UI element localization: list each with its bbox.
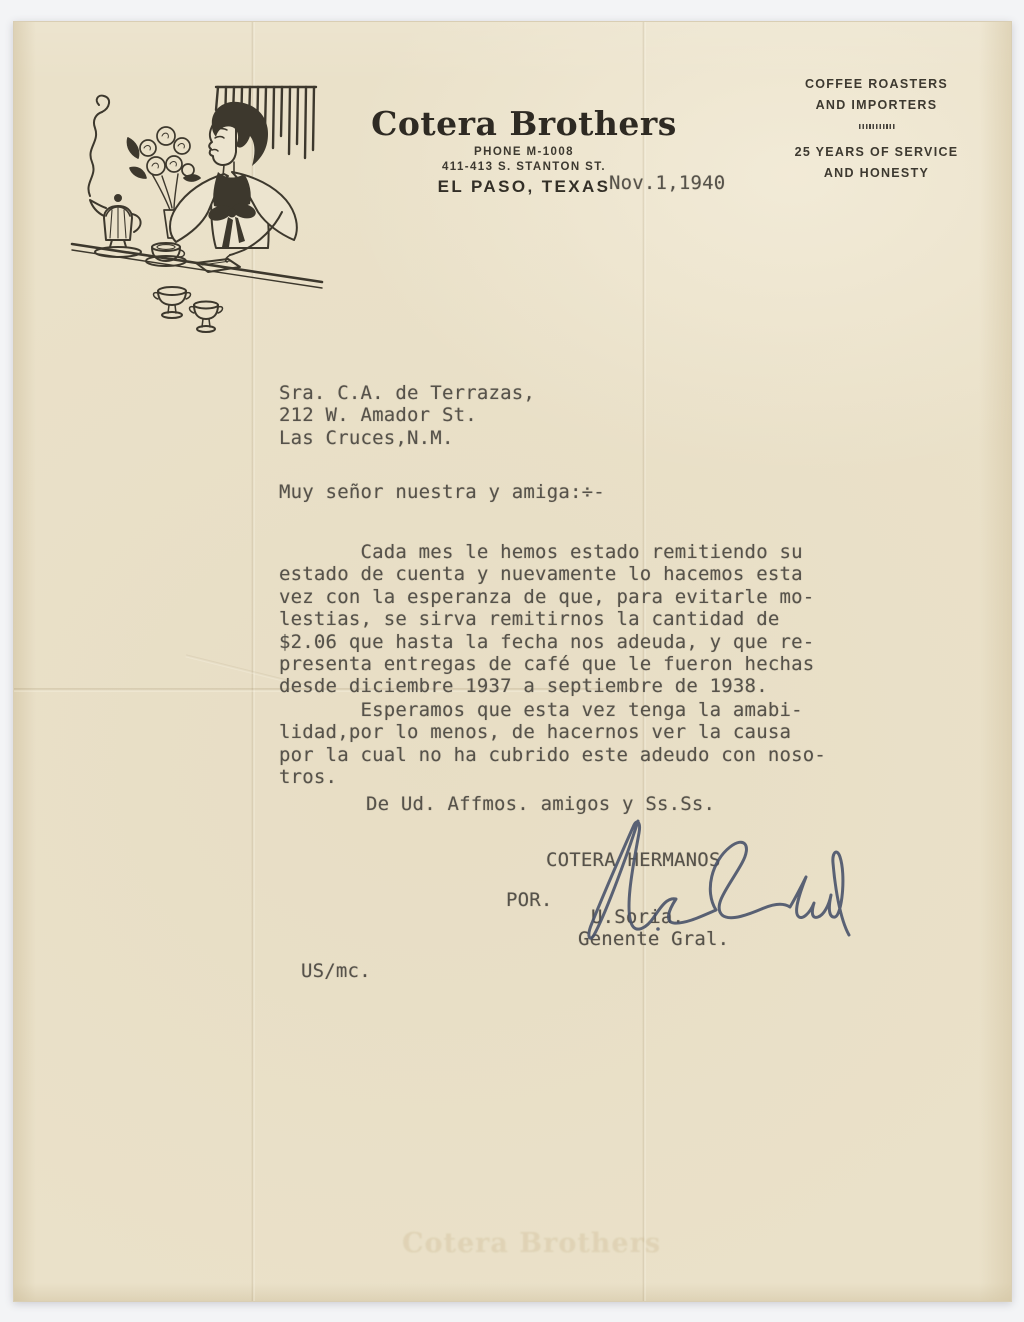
letter-date: Nov.1,1940: [609, 172, 725, 194]
woman-figure-icon: [170, 102, 297, 262]
signature-by-label: POR.: [506, 889, 553, 911]
company-phone: PHONE M-1008: [371, 146, 677, 158]
company-name: Cotera Brothers: [371, 104, 677, 143]
ink-ghost-impression: Cotera Brothers: [402, 1228, 702, 1259]
paragraph-2: Esperamos que esta vez tenga la amabi- l…: [279, 699, 826, 789]
letterhead-motto: COFFEE ROASTERS AND IMPORTERS 25 YEARS O…: [774, 77, 979, 187]
recipient-address: Sra. C.A. de Terrazas, 212 W. Amador St.…: [279, 382, 535, 449]
handwritten-signature: [554, 817, 854, 957]
motto-line-2: AND IMPORTERS: [774, 98, 979, 112]
letter-paper: Cotera Brothers PHONE M-1008 411-413 S. …: [13, 21, 1012, 1302]
creamer-icon: [190, 302, 223, 333]
scanned-letter-view: { "letterhead": { "company": "Cotera Bro…: [0, 0, 1024, 1322]
paragraph-1: Cada mes le hemos estado remitiendo su e…: [279, 541, 814, 698]
motto-line-1: COFFEE ROASTERS: [774, 77, 979, 91]
sugar-bowl-icon: [154, 287, 191, 318]
closing-line: De Ud. Affmos. amigos y Ss.Ss.: [366, 793, 715, 815]
steam-icon: [88, 112, 102, 196]
woman-serving-coffee-illustration: [66, 84, 328, 338]
typist-reference: US/mc.: [301, 960, 371, 982]
salutation: Muy señor nuestra y amiga:÷-: [279, 481, 605, 503]
dotted-rule-icon: [859, 124, 895, 129]
motto-line-4: AND HONESTY: [774, 166, 979, 180]
motto-line-3: 25 YEARS OF SERVICE: [774, 145, 979, 159]
